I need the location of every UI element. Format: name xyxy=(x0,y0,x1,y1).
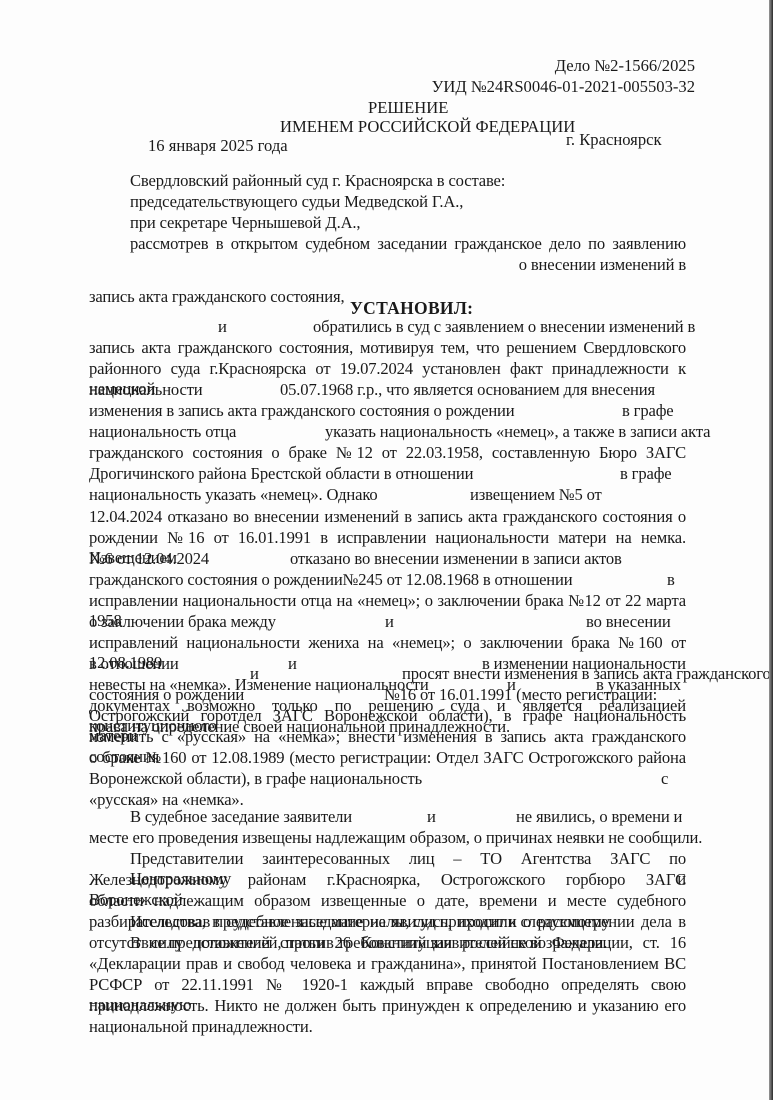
document-subtitle: ИМЕНЕМ РОССИЙСКОЙ ФЕДЕРАЦИИ xyxy=(280,117,575,137)
body-text-line: принадлежность. Никто не должен быть при… xyxy=(89,996,686,1016)
decision-city: г. Красноярск xyxy=(566,130,662,150)
text-fragment: и xyxy=(288,654,297,674)
text-fragment: №6 от 12.04.2024 xyxy=(89,549,209,569)
body-text-line: 12.04.2024 отказано во внесении изменени… xyxy=(89,507,686,527)
text-fragment: Воронежской области), в графе национальн… xyxy=(89,769,422,789)
text-fragment: извещением №5 от xyxy=(470,485,602,505)
text-fragment: о заключении брака между xyxy=(89,612,276,632)
text-fragment: в графе xyxy=(620,464,672,484)
text-fragment: и xyxy=(427,807,436,827)
body-text-line: В силу положений статьи 26 Конституции р… xyxy=(130,933,686,953)
text-fragment: в графе xyxy=(622,401,674,421)
body-text-line: гражданского состояния о браке №12 от 22… xyxy=(89,443,686,463)
text-fragment: во внесении xyxy=(586,612,671,632)
case-description-line: о внесении изменений в xyxy=(519,255,686,275)
text-fragment: месте его проведения извещены надлежащим… xyxy=(89,828,702,848)
text-fragment: в xyxy=(667,570,675,590)
body-text-line: области надлежащим образом извещенные о … xyxy=(89,891,686,911)
document-title: РЕШЕНИЕ xyxy=(368,98,448,118)
text-fragment: в отношении xyxy=(89,654,179,674)
text-fragment: изменения в запись акта гражданского сос… xyxy=(89,401,515,421)
case-number: Дело №2-1566/2025 xyxy=(555,56,695,76)
text-fragment: и xyxy=(218,317,227,337)
text-fragment: отказано во внесении изменении в записи … xyxy=(290,549,622,569)
text-fragment: В судебное заседание заявители xyxy=(130,807,352,827)
case-description-line: рассмотрев в открытом судебном заседании… xyxy=(130,234,686,254)
text-fragment: национальной принадлежности. xyxy=(89,1017,313,1037)
text-fragment: не явились, о времени и xyxy=(516,807,682,827)
text-fragment: состояния о рождении xyxy=(89,685,244,705)
text-fragment: и xyxy=(385,612,394,632)
scan-page-edge xyxy=(769,0,773,1100)
text-fragment: указать национальность «немец», а также … xyxy=(325,422,710,442)
text-fragment: просят внести изменения в запись акта гр… xyxy=(402,664,771,684)
body-text-line: о браке №160 от 12.08.1989 (место регист… xyxy=(89,748,686,768)
text-fragment: Исследовав представленные материалы, суд… xyxy=(130,912,612,932)
section-heading-established: УСТАНОВИЛ: xyxy=(350,298,473,318)
uid-number: УИД №24RS0046-01-2021-005503-32 xyxy=(432,77,695,97)
text-fragment: национальность отца xyxy=(89,422,236,442)
court-composition: Свердловский районный суд г. Красноярска… xyxy=(130,171,505,191)
text-fragment: гражданского состояния о рождении№245 от… xyxy=(89,570,573,590)
text-fragment: национальности xyxy=(89,380,203,400)
body-text-line: «Декларации прав и свобод человека и гра… xyxy=(89,954,686,974)
presiding-judge: председательствующего судьи Медведской Г… xyxy=(130,192,463,212)
text-fragment: обратились в суд с заявлением о внесении… xyxy=(313,317,695,337)
text-fragment: 05.07.1968 г.р., что является основанием… xyxy=(280,380,655,400)
court-secretary: при секретаре Чернышевой Д.А., xyxy=(130,213,360,233)
case-description-line: запись акта гражданского состояния, xyxy=(89,287,344,307)
text-fragment: национальность указать «немец». Однако xyxy=(89,485,378,505)
text-fragment: с xyxy=(661,769,668,789)
text-fragment: №16 от 16.01.1991 (место регистрации: xyxy=(384,685,657,705)
body-text-line: запись акта гражданского состояния, моти… xyxy=(89,338,686,358)
decision-date: 16 января 2025 года xyxy=(148,136,288,156)
document-page: Дело №2-1566/2025 УИД №24RS0046-01-2021-… xyxy=(0,0,773,1100)
text-fragment: Дрогичинского района Брестской области в… xyxy=(89,464,473,484)
text-fragment: и xyxy=(250,664,259,684)
